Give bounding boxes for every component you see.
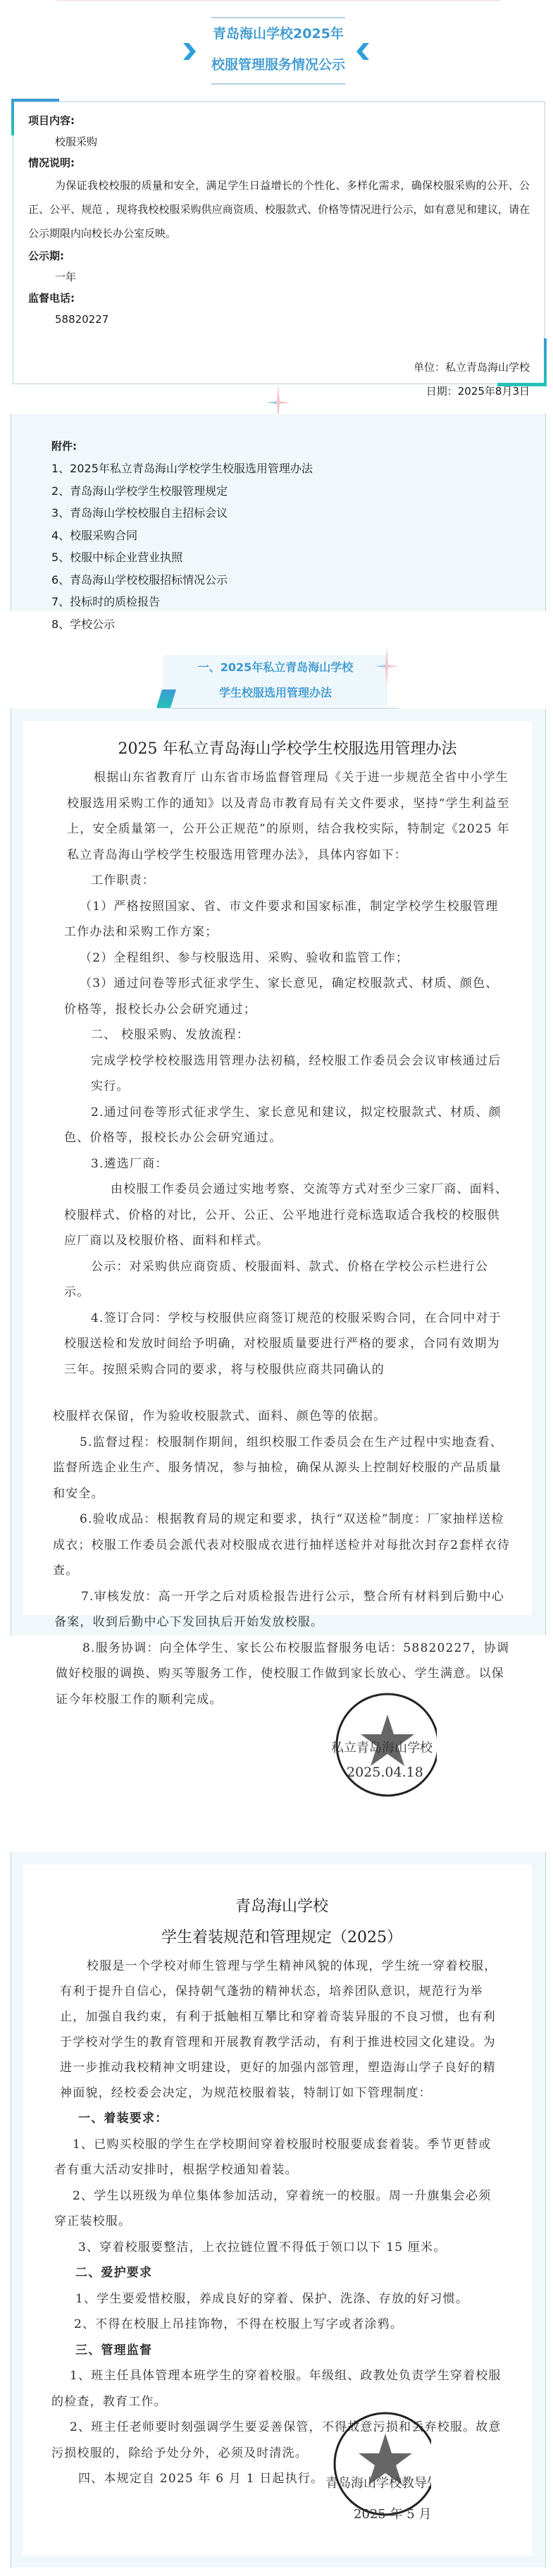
section1-title-line1: 一、2025年私立青岛海山学校 — [163, 655, 387, 680]
doc-paragraph: 二、 校服采购、发放流程： — [64, 1022, 511, 1048]
doc-paragraph: 四、本规定自 2025 年 6 月 1 日起执行。 — [60, 2466, 504, 2492]
attachment-item[interactable]: 5、校服中标企业营业执照 — [51, 546, 313, 569]
doc-paragraph: 8.服务协调：向全体学生、家长公布校服监督服务电话：58820227，协调做好校… — [56, 1636, 511, 1713]
doc-paragraph: 6.验收成品：根据教育局的规定和要求，执行“双送检”制度：厂家抽样送检成衣；校服… — [53, 1507, 511, 1584]
official-seal: 私立青岛海山学校 2025.04.18 — [331, 1678, 437, 1826]
phone-label: 监督电话: — [28, 288, 530, 309]
doc-paragraph: 4.签订合同：学校与校服供应商签订规范的校服采购合同，在合同中对于校服送检和发放… — [64, 1306, 511, 1383]
phone-value: 58820227 — [28, 309, 530, 330]
page-header: 青岛海山学校2025年 校服管理服务情况公示 — [0, 16, 553, 86]
svg-text:私立青岛海山学校: 私立青岛海山学校 — [331, 1741, 433, 1755]
doc-paragraph: 1、班主任具体管理本班学生的穿着校服。年级组、政教处负责学生穿着校服的检查，教育… — [51, 2363, 504, 2415]
page-title-line2: 校服管理服务情况公示 — [211, 49, 345, 80]
chevron-left-icon — [355, 41, 371, 62]
period-label: 公示期: — [28, 245, 530, 266]
project-label: 项目内容: — [28, 110, 530, 131]
section2-document: 青岛海山学校 学生着装规范和管理规定（2025） 校服是一个学校对师生管理与学生… — [23, 1865, 532, 2556]
section1-document: 2025 年私立青岛海山学校学生校服选用管理办法 根据山东省教育厅 山东省市场监… — [23, 721, 532, 1615]
sparkle-icon — [375, 647, 399, 685]
doc-paragraph: （1）严格按照国家、省、市文件要求和国家标准，制定学校学生校服管理工作办法和采购… — [64, 894, 511, 945]
section1-title-line2: 学生校服选用管理办法 — [163, 680, 387, 706]
parallelogram-icon — [156, 689, 176, 708]
chevron-right-icon — [182, 41, 197, 62]
doc-paragraph: 由校服工作委员会通过实地考察、交流等方式对至少三家厂商、面料、校服样式、价格的对… — [64, 1177, 511, 1254]
svg-text:2025.04.18: 2025.04.18 — [347, 1765, 423, 1780]
project-value: 校服采购 — [28, 131, 530, 152]
doc-paragraph: 3.遴选厂商： — [64, 1151, 511, 1177]
doc-paragraph: 1、已购买校服的学生在学校期间穿着校服时校服要成套着装。季节更替或者有重大活动安… — [54, 2132, 504, 2183]
attachments-title: 附件: — [51, 435, 313, 458]
svg-text:青岛海山学校教导处: 青岛海山学校教导处 — [325, 2476, 431, 2491]
doc-heading: 三、管理监督 — [60, 2338, 504, 2364]
page-title: 青岛海山学校2025年 校服管理服务情况公示 — [211, 17, 345, 85]
corner-accent-bottom-right — [497, 383, 547, 386]
doc-paragraph: 2、学生以班级为单位集体参加活动，穿着统一的校服。周一升旗集会必须穿正装校服。 — [54, 2183, 504, 2235]
attachment-item[interactable]: 6、青岛海山学校校服招标情况公示 — [51, 569, 313, 591]
doc-paragraph: 公示：对采购供应商资质、校服面料、款式、价格在学校公示栏进行公示。 — [64, 1254, 511, 1306]
doc-paragraph: 根据山东省教育厅 山东省市场监督管理局《关于进一步规范全省中小学生校服选用采购工… — [67, 765, 511, 868]
explain-label: 情况说明: — [28, 152, 530, 173]
attachment-item[interactable]: 2、青岛海山学校学生校服管理规定 — [51, 480, 313, 503]
doc-heading: 一、着装要求： — [60, 2106, 504, 2132]
doc-paragraph: 完成学校学校校服选用管理办法初稿，经校服工作委员会会议审核通过后实行。 — [64, 1048, 511, 1100]
unit-signature: 单位：私立青岛海山学校 — [28, 355, 530, 379]
section2-doc-title-line2: 学生着装规范和管理规定（2025） — [60, 1922, 504, 1954]
doc-paragraph: 2、不得在校服上吊挂饰物，不得在校服上写字或者涂鸦。 — [60, 2312, 504, 2338]
doc-paragraph: 工作职责： — [64, 868, 511, 894]
doc-heading: 二、爱护要求 — [60, 2260, 504, 2286]
attachment-item[interactable]: 3、青岛海山学校校服自主招标会议 — [51, 502, 313, 525]
corner-accent-top-left-vertical — [11, 99, 14, 135]
attachment-item[interactable]: 7、投标时的质检报告 — [51, 591, 313, 613]
corner-accent-bottom-right-vertical — [544, 338, 547, 386]
doc-paragraph: 校服是一个学校对师生管理与学生精神风貌的体现，学生统一穿着校服，有利于提升自信心… — [60, 1954, 504, 2106]
doc-paragraph: 5.监督过程：校服制作期间，组织校服工作委员会在生产过程中实地查看、监督所选企业… — [53, 1430, 511, 1507]
corner-accent-top-left — [11, 99, 59, 102]
section1-title: 一、2025年私立青岛海山学校 学生校服选用管理办法 — [163, 655, 387, 706]
svg-text:2025 年 5 月: 2025 年 5 月 — [354, 2506, 431, 2522]
doc-paragraph: 2、班主任老师要时刻强调学生要妥善保管，不得故意污损和丢弃校服。故意污损校服的，… — [51, 2415, 504, 2466]
doc-paragraph: （2）全程组织、参与校服选用、采购、验收和监管工作； — [64, 945, 511, 971]
doc-paragraph: 2.通过问卷等形式征求学生、家长意见和建议，拟定校服款式、材质、颜色、价格等，报… — [64, 1100, 511, 1151]
notice-content: 项目内容: 校服采购 情况说明: 为保证我校校服的质量和安全，满足学生日益增长的… — [28, 110, 530, 403]
doc-paragraph: 7.审核发放：高一开学之后对质检报告进行公示，整合所有材料到后勤中心备案，收到后… — [54, 1584, 511, 1636]
page-title-line1: 青岛海山学校2025年 — [211, 18, 345, 49]
attachment-item[interactable]: 1、2025年私立青岛海山学校学生校服选用管理办法 — [51, 458, 313, 480]
period-value: 一年 — [28, 266, 530, 288]
top-divider — [56, 0, 500, 1]
doc-paragraph: 3、穿着校服要整洁，上衣拉链位置不得低于领口以下 15 厘米。 — [60, 2235, 504, 2261]
explain-text: 为保证我校校服的质量和安全，满足学生日益增长的个性化、多样化需求，确保校服采购的… — [28, 173, 530, 245]
section2-doc-title-line1: 青岛海山学校 — [60, 1891, 504, 1922]
section1-doc-title: 2025 年私立青岛海山学校学生校服选用管理办法 — [64, 734, 511, 765]
doc-paragraph: （3）通过问卷等形式征求学生、家长意见，确定校服款式、材质、颜色、价格等，报校长… — [64, 971, 511, 1022]
attachment-item[interactable]: 4、校服采购合同 — [51, 525, 313, 547]
official-seal: 青岛海山学校教导处 2025 年 5 月 — [325, 2397, 431, 2545]
attachment-item[interactable]: 8、学校公示 — [51, 613, 313, 636]
doc-paragraph: 1、学生要爱惜校服，养成良好的穿着、保护、洗涤、存放的好习惯。 — [60, 2286, 504, 2312]
doc-paragraph: 校服样衣保留，作为验收校服款式、面料、颜色等的依据。 — [53, 1404, 511, 1430]
attachments-panel: 附件: 1、2025年私立青岛海山学校学生校服选用管理办法 2、青岛海山学校学生… — [11, 414, 546, 611]
